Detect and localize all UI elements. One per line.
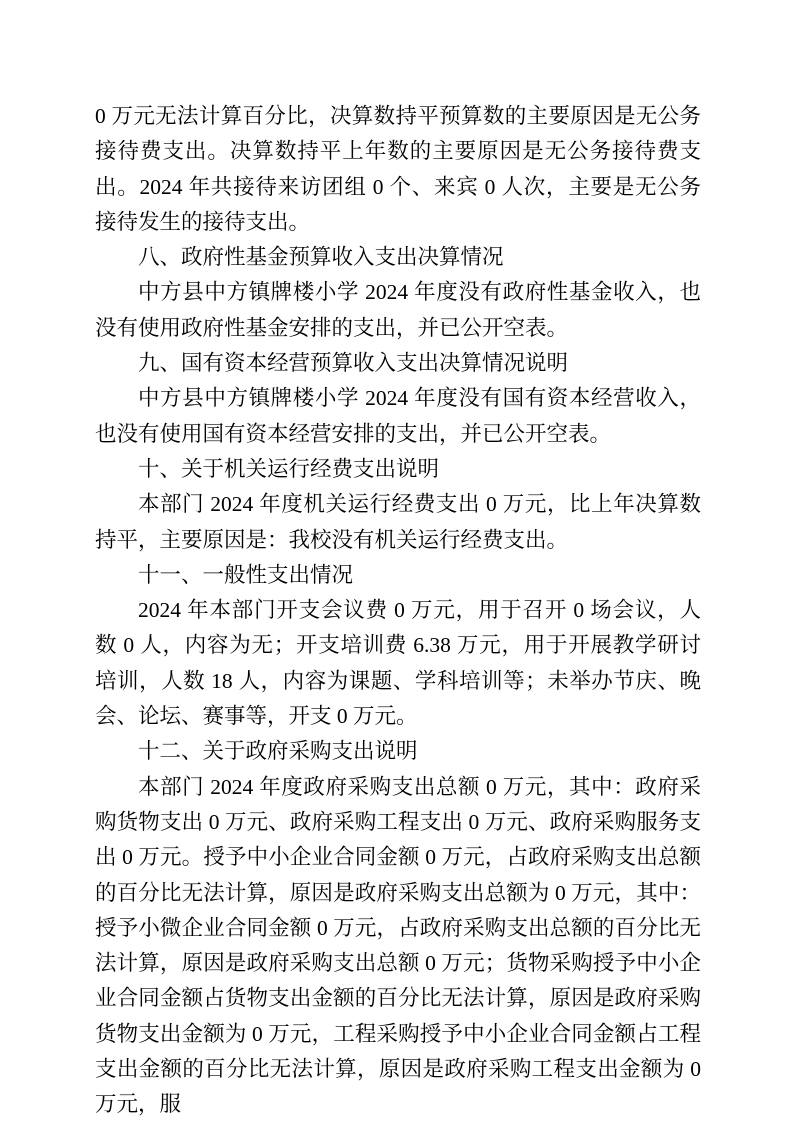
body-paragraph: 0 万元无法计算百分比，决算数持平预算数的主要原因是无公务接待费支出。决算数持平… [95, 99, 701, 240]
document-content: 0 万元无法计算百分比，决算数持平预算数的主要原因是无公务接待费支出。决算数持平… [95, 99, 701, 1122]
section-heading: 十一、一般性支出情况 [95, 558, 701, 593]
body-paragraph: 2024 年本部门开支会议费 0 万元，用于召开 0 场会议，人数 0 人，内容… [95, 593, 701, 734]
section-heading: 八、政府性基金预算收入支出决算情况 [95, 240, 701, 275]
body-paragraph: 本部门 2024 年度机关运行经费支出 0 万元，比上年决算数持平，主要原因是：… [95, 487, 701, 558]
section-heading: 十二、关于政府采购支出说明 [95, 734, 701, 769]
document-page: 0 万元无法计算百分比，决算数持平预算数的主要原因是无公务接待费支出。决算数持平… [0, 0, 793, 1122]
section-heading: 九、国有资本经营预算收入支出决算情况说明 [95, 346, 701, 381]
body-paragraph: 中方县中方镇牌楼小学 2024 年度没有政府性基金收入，也没有使用政府性基金安排… [95, 275, 701, 346]
body-paragraph: 本部门 2024 年度政府采购支出总额 0 万元，其中：政府采购货物支出 0 万… [95, 770, 701, 1122]
section-heading: 十、关于机关运行经费支出说明 [95, 452, 701, 487]
body-paragraph: 中方县中方镇牌楼小学 2024 年度没有国有资本经营收入，也没有使用国有资本经营… [95, 381, 701, 452]
